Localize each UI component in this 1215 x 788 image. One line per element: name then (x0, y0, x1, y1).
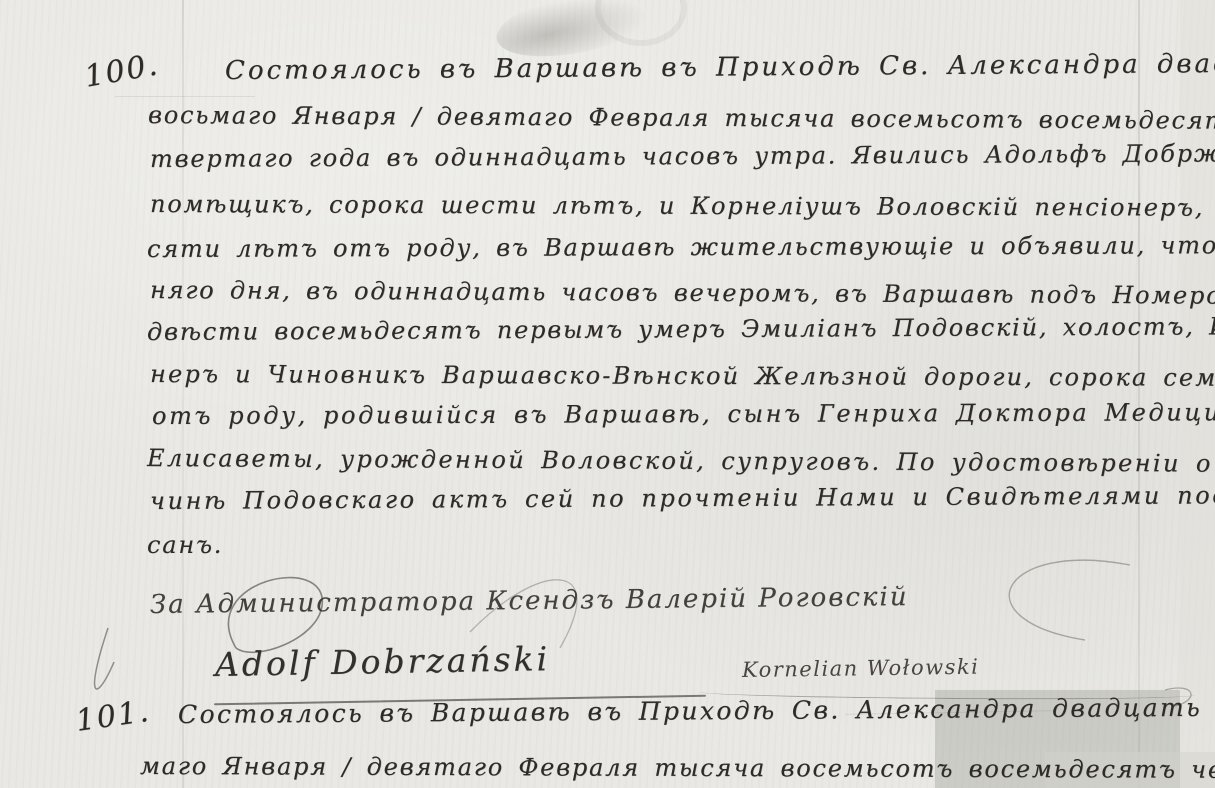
record-100-line-7: двѣсти восемьдесятъ первымъ умеръ Эмиліа… (147, 312, 1215, 346)
record-100-line-4: помѣщикъ, сорока шести лѣтъ, и Корнеліуш… (150, 190, 1215, 222)
witness-signature: Kornelian Wołowski (742, 655, 980, 682)
record-100-line-3: твертаго года въ одиннадцать часовъ утра… (150, 139, 1215, 173)
record-100-line-6: няго дня, въ одиннадцать часовъ вечеромъ… (150, 276, 1215, 310)
record-100-line-1: Состоялось въ Варшавѣ въ Приходѣ Св. Але… (225, 48, 1215, 86)
record-100-line-9: отъ роду, родившійся въ Варшавѣ, сынъ Ге… (152, 398, 1215, 430)
record-number: 100. (82, 47, 162, 94)
record-100-line-2: восьмаго Января / девятаго Февраля тысяч… (148, 101, 1215, 135)
declarant-signature: Adolf Dobrzański (215, 639, 551, 684)
record-number: 101. (74, 694, 153, 739)
record-100-line-11: чинѣ Подовскаго актъ сей по прочтеніи На… (150, 481, 1215, 515)
pencil-guide-line (115, 96, 255, 97)
record-100-line-5: сяти лѣтъ отъ роду, въ Варшавѣ жительств… (147, 231, 1215, 263)
record-100-line-12: санъ. (147, 531, 223, 559)
scanned-register-page: 100. Состоялось въ Варшавѣ въ Приходѣ Св… (0, 0, 1215, 788)
record-100-line-8: неръ и Чиновникъ Варшавско-Вѣнской Желѣз… (150, 360, 1215, 392)
record-101-line-2: маго Января / девятаго Февраля тысяча во… (140, 752, 1215, 784)
record-100-line-10: Елисаветы, урожденной Воловской, супруго… (147, 444, 1215, 478)
clergy-signature: За Администратора Ксендзъ Валерій Роговс… (150, 582, 909, 620)
